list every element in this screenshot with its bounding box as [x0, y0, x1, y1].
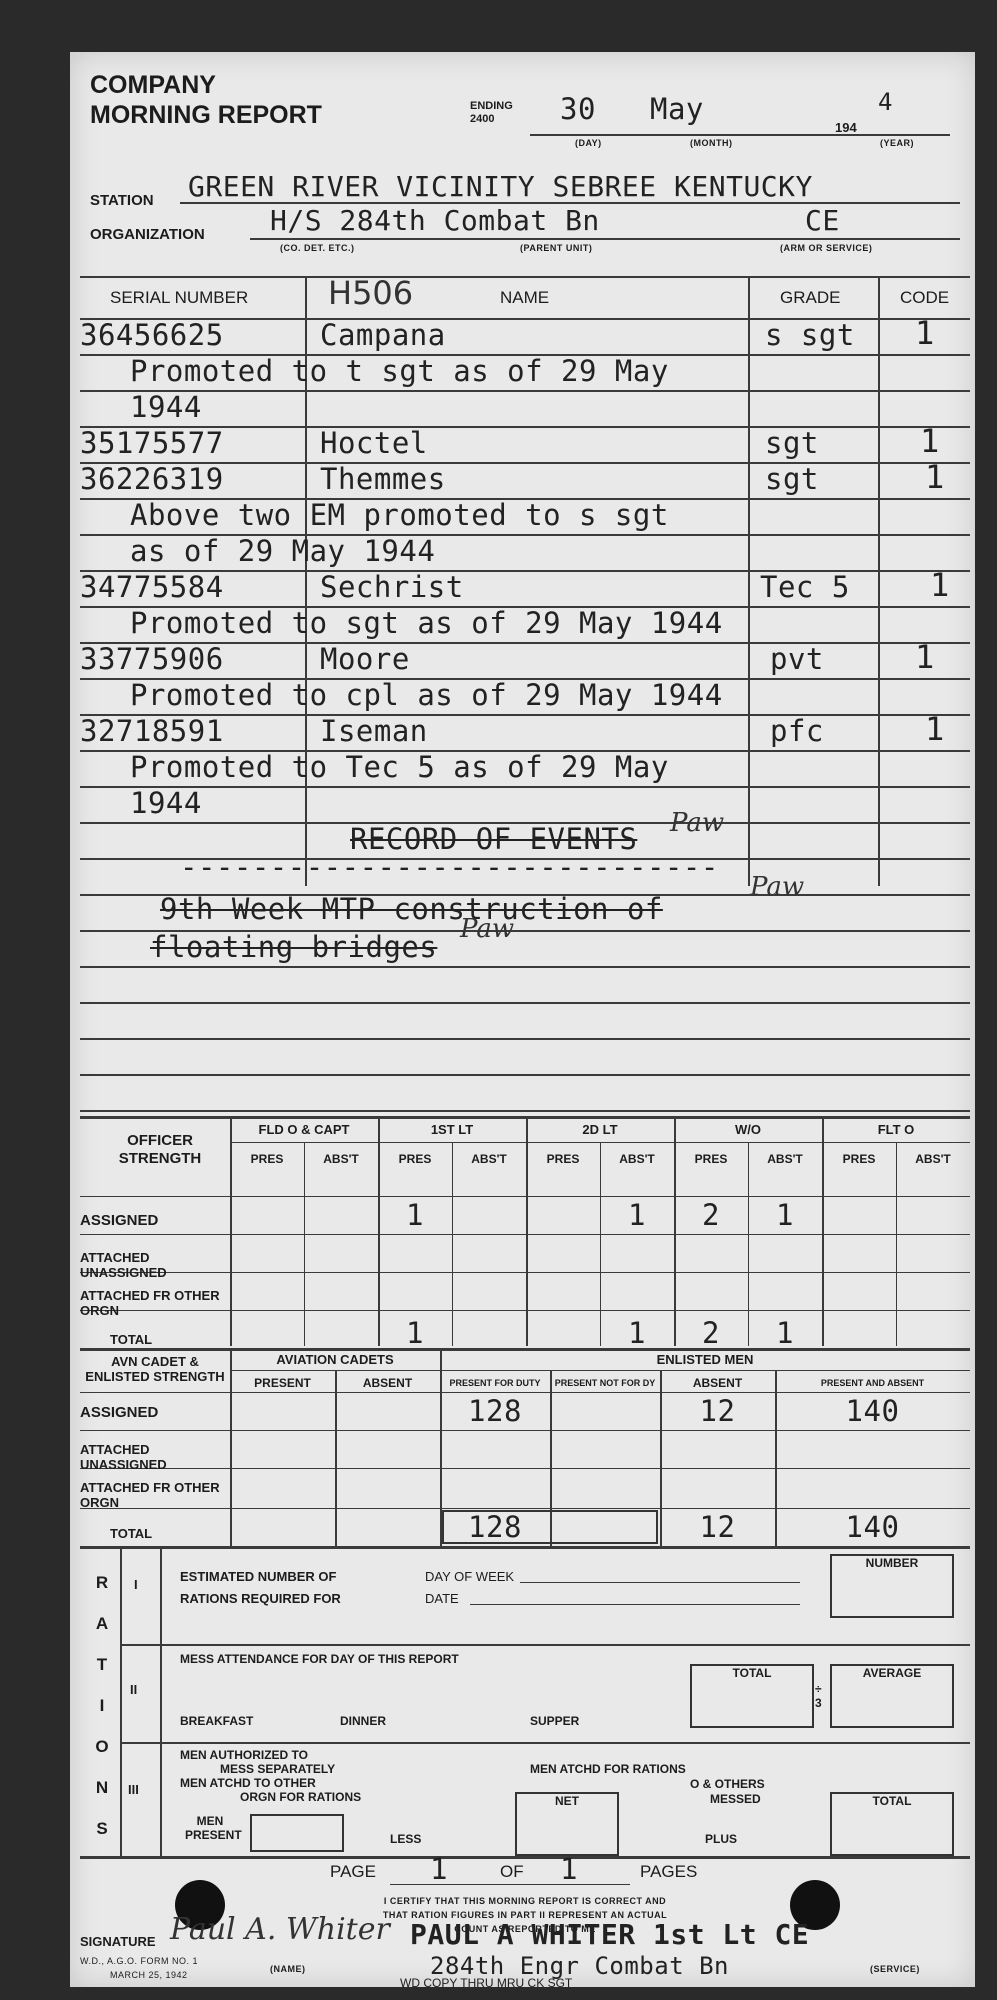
organization-label: ORGANIZATION	[90, 226, 205, 243]
serial-number: 36456625	[80, 318, 224, 352]
name-header: NAME	[500, 288, 549, 308]
ending-label: ENDING 2400	[470, 100, 513, 126]
handwritten-initials: Paw	[460, 914, 514, 944]
officer-table-top	[80, 1116, 970, 1119]
soldier-grade: pvt	[770, 642, 824, 676]
officer-group-header: FLT O	[822, 1122, 970, 1137]
enlisted-men-header: ENLISTED MEN	[440, 1352, 970, 1367]
serial-number: 33775906	[80, 642, 224, 676]
soldier-grade: Tec 5	[760, 570, 850, 604]
soldier-name: Themmes	[320, 462, 446, 496]
soldier-grade: sgt	[765, 426, 819, 460]
date-underline	[530, 134, 950, 136]
breakfast-label: BREAKFAST	[180, 1714, 253, 1728]
org-caption: (CO. DET. ETC.)	[280, 243, 355, 253]
less-label: LESS	[390, 1832, 421, 1846]
day-caption: (DAY)	[575, 138, 602, 148]
net-box[interactable]: NET	[515, 1792, 619, 1856]
grade-header: GRADE	[780, 288, 840, 308]
event-line: 9th Week MTP construction of	[160, 892, 663, 926]
serial-number: 34775584	[80, 570, 224, 604]
officer-group-header: W/O	[674, 1122, 822, 1137]
year-caption: (YEAR)	[880, 138, 914, 148]
officer-subheader: ABS'T	[896, 1152, 970, 1166]
morning-report-sheet: COMPANY MORNING REPORT ENDING 2400 30 Ma…	[70, 52, 975, 1987]
row-label: ATTACHED FR OTHER ORGN	[80, 1288, 230, 1318]
enlisted-cell: 140	[775, 1510, 970, 1544]
station-label: STATION	[90, 192, 154, 209]
roster-col-rule	[748, 276, 750, 886]
row-label: ASSIGNED	[80, 1212, 158, 1229]
remark-line: Promoted to cpl as of 29 May 1944	[130, 678, 723, 712]
enlisted-col-header: PRESENT AND ABSENT	[775, 1378, 970, 1389]
total-box[interactable]: TOTAL	[830, 1792, 954, 1856]
mess-average-box[interactable]: AVERAGE	[830, 1664, 954, 1728]
soldier-grade: s sgt	[765, 318, 855, 352]
roster-top-rule	[80, 276, 970, 278]
soldier-grade: pfc	[770, 714, 824, 748]
aviation-cadets-header: AVIATION CADETS	[230, 1352, 440, 1367]
officer-cell: 1	[378, 1198, 452, 1232]
pages-label: PAGES	[640, 1862, 697, 1882]
form-number: W.D., A.G.O. FORM NO. 1 MARCH 25, 1942	[80, 1954, 198, 1982]
of-label: OF	[500, 1862, 524, 1882]
row-label: TOTAL	[110, 1332, 152, 1347]
status-code: 1	[915, 314, 935, 352]
ration-part-3: III	[128, 1782, 139, 1797]
officer-subheader: PRES	[822, 1152, 896, 1166]
divide-by-three: ÷ 3	[815, 1682, 827, 1710]
enlisted-cell: 128	[440, 1394, 550, 1428]
remark-line: Above two EM promoted to s sgt	[130, 498, 669, 532]
enlisted-cell: 12	[660, 1510, 775, 1544]
event-line: floating bridges	[150, 930, 437, 964]
year-suffix: 4	[878, 88, 893, 116]
serial-number: 36226319	[80, 462, 224, 496]
officer-cell: 1	[748, 1316, 822, 1350]
officer-subheader: ABS'T	[600, 1152, 674, 1166]
officer-subheader: PRES	[674, 1152, 748, 1166]
arm-value: CE	[805, 204, 840, 237]
remark-line: as of 29 May 1944	[130, 534, 435, 568]
officer-cell: 1	[600, 1198, 674, 1232]
year-prefix: 194	[835, 120, 857, 135]
officer-cell: 2	[674, 1198, 748, 1232]
officer-cell: 1	[748, 1198, 822, 1232]
dinner-label: DINNER	[340, 1714, 386, 1728]
officer-cell: 1	[378, 1316, 452, 1350]
rations-side-label: R A T I O N S	[92, 1562, 112, 1849]
status-code: 1	[925, 710, 945, 748]
soldier-name: Campana	[320, 318, 446, 352]
ration-part-1: I	[134, 1577, 138, 1592]
parent-caption: (PARENT UNIT)	[520, 243, 592, 253]
remark-line: Promoted to Tec 5 as of 29 May	[130, 750, 669, 784]
arm-caption: (ARM OR SERVICE)	[780, 243, 872, 253]
name-caption: (NAME)	[270, 1964, 306, 1974]
month-caption: (MONTH)	[690, 138, 733, 148]
soldier-name: Hoctel	[320, 426, 428, 460]
men-present-label: MEN PRESENT	[185, 1814, 235, 1842]
serial-header: SERIAL NUMBER	[110, 288, 248, 308]
remark-line: Promoted to t sgt as of 29 May	[130, 354, 669, 388]
row-label: ATTACHED FR OTHER ORGN	[80, 1480, 230, 1510]
handwritten-initials: Paw	[750, 872, 804, 902]
plus-label: PLUS	[705, 1832, 737, 1846]
officer-subheader: PRES	[230, 1152, 304, 1166]
total-present-box	[442, 1510, 658, 1544]
officer-strength-title: OFFICER STRENGTH	[90, 1132, 230, 1168]
enlisted-table-top	[80, 1348, 970, 1351]
enlisted-col-header: ABSENT	[660, 1378, 775, 1389]
ration-number-box[interactable]: NUMBER	[830, 1554, 954, 1618]
mess-total-box[interactable]: TOTAL	[690, 1664, 814, 1728]
officer-subheader: PRES	[526, 1152, 600, 1166]
row-label: ATTACHED UNASSIGNED	[80, 1442, 230, 1472]
officer-subheader: ABS'T	[748, 1152, 822, 1166]
page-label: PAGE	[330, 1862, 376, 1882]
org-underline	[250, 238, 960, 240]
row-label: TOTAL	[110, 1526, 152, 1541]
officer-subheader: ABS'T	[452, 1152, 526, 1166]
officer-subheader: PRES	[378, 1152, 452, 1166]
officer-cell: 2	[674, 1316, 748, 1350]
soldier-name: Iseman	[320, 714, 428, 748]
enlisted-strength-title: AVN CADET & ENLISTED STRENGTH	[80, 1354, 230, 1384]
report-day: 30	[560, 92, 596, 126]
organization-value: H/S 284th Combat Bn	[270, 204, 600, 237]
status-code: 1	[920, 422, 940, 460]
wd-copy-stamp: WD COPY THRU MRU CK SGT	[400, 1976, 572, 1990]
code-header: CODE	[900, 288, 949, 308]
officer-subheader: ABS'T	[304, 1152, 378, 1166]
officer-cell: 1	[600, 1316, 674, 1350]
handwritten-initials: Paw	[670, 808, 724, 838]
remark-line: Promoted to sgt as of 29 May 1944	[130, 606, 723, 640]
officer-group-header: 2D LT	[526, 1122, 674, 1137]
mess-attendance-title: MESS ATTENDANCE FOR DAY OF THIS REPORT	[180, 1652, 459, 1666]
status-code: 1	[925, 458, 945, 496]
enlisted-cell: 140	[775, 1394, 970, 1428]
enlisted-col-header: PRESENT	[230, 1378, 335, 1389]
page-number: 1	[430, 1852, 448, 1886]
report-month: May	[650, 92, 704, 126]
supper-label: SUPPER	[530, 1714, 579, 1728]
row-label: ATTACHED UNASSIGNED	[80, 1250, 230, 1280]
men-authorized-label: MEN AUTHORIZED TO MESS SEPARATELY MEN AT…	[180, 1748, 361, 1804]
ration-part-2: II	[130, 1682, 137, 1697]
ration-estimate-label: ESTIMATED NUMBER OF RATIONS REQUIRED FOR	[180, 1566, 341, 1610]
status-code: 1	[915, 638, 935, 676]
total-pages: 1	[560, 1852, 578, 1886]
men-present-box[interactable]	[250, 1814, 344, 1852]
enlisted-col-header: PRESENT NOT FOR DY	[550, 1378, 660, 1389]
soldier-name: Moore	[320, 642, 410, 676]
signature-label: SIGNATURE	[80, 1934, 156, 1949]
soldier-name: Sechrist	[320, 570, 464, 604]
enlisted-cell: 12	[660, 1394, 775, 1428]
handwritten-signature: Paul A. Whiter	[170, 1912, 390, 1947]
soldier-grade: sgt	[765, 462, 819, 496]
enlisted-col-header: PRESENT FOR DUTY	[440, 1378, 550, 1389]
signer-name: PAUL A WHITER 1st Lt CE	[410, 1918, 809, 1951]
dash-separator: ------------------------------	[180, 850, 719, 884]
handwritten-code: H506	[328, 274, 413, 312]
serial-number: 32718591	[80, 714, 224, 748]
station-value: GREEN RIVER VICINITY SEBREE KENTUCKY	[188, 170, 813, 203]
report-title: COMPANY MORNING REPORT	[90, 70, 322, 130]
enlisted-col-header: ABSENT	[335, 1378, 440, 1389]
serial-number: 35175577	[80, 426, 224, 460]
officer-group-header: FLD O & CAPT	[230, 1122, 378, 1137]
roster-col-rule	[878, 276, 880, 886]
remark-line: 1944	[130, 786, 202, 820]
row-label: ASSIGNED	[80, 1404, 158, 1421]
officer-group-header: 1ST LT	[378, 1122, 526, 1137]
service-caption: (SERVICE)	[870, 1964, 920, 1974]
status-code: 1	[930, 566, 950, 604]
remark-line: 1944	[130, 390, 202, 424]
rations-top	[80, 1546, 970, 1549]
